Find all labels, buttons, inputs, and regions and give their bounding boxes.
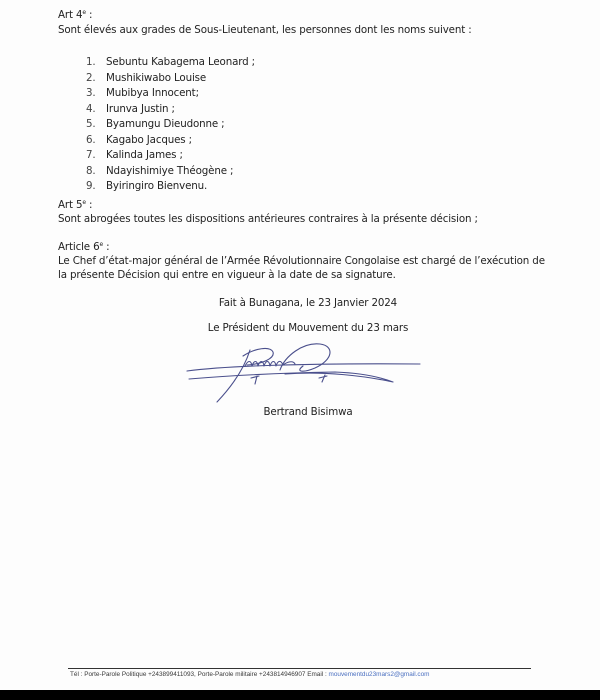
article-5-text: Sont abrogées toutes les dispositions an…: [58, 213, 478, 226]
signature-image: [185, 338, 425, 404]
document-page: Art 4e : Sont élevés aux grades de Sous-…: [0, 0, 600, 690]
list-item: 5.Byamungu Dieudonne ;: [86, 117, 255, 133]
list-item-number: 2.: [86, 71, 106, 87]
article-5-heading: Art 5e :: [58, 199, 92, 212]
list-item-number: 9.: [86, 179, 106, 195]
bottom-black-bar: [0, 690, 600, 700]
footer-email-link[interactable]: mouvementdu23mars2@gmail.com: [329, 671, 430, 678]
promoted-names-list: 1.Sebuntu Kabagema Leonard ;2.Mushikiwab…: [86, 55, 255, 195]
list-item-number: 7.: [86, 148, 106, 164]
list-item-name: Mushikiwabo Louise: [106, 72, 206, 84]
list-item: 2.Mushikiwabo Louise: [86, 71, 255, 87]
article-6-heading: Article 6e :: [58, 241, 110, 254]
list-item: 6.Kagabo Jacques ;: [86, 133, 255, 149]
list-item: 1.Sebuntu Kabagema Leonard ;: [86, 55, 255, 71]
signatory-name: Bertrand Bisimwa: [0, 406, 600, 419]
place-and-date: Fait à Bunagana, le 23 Janvier 2024: [0, 297, 600, 310]
list-item-number: 4.: [86, 102, 106, 118]
list-item-number: 1.: [86, 55, 106, 71]
footer-contact: Tél : Porte-Parole Politique +2438994110…: [70, 670, 429, 679]
list-item: 4.Irunva Justin ;: [86, 102, 255, 118]
list-item: 9.Byiringiro Bienvenu.: [86, 179, 255, 195]
list-item-name: Sebuntu Kabagema Leonard ;: [106, 56, 255, 68]
list-item-number: 5.: [86, 117, 106, 133]
signatory-title: Le Président du Mouvement du 23 mars: [0, 322, 600, 335]
list-item-name: Kalinda James ;: [106, 149, 183, 161]
article-6-line-1: Le Chef d’état-major général de l’Armée …: [58, 255, 545, 268]
footer-phone-numbers: Tél : Porte-Parole Politique +2438994110…: [70, 671, 329, 678]
list-item-number: 6.: [86, 133, 106, 149]
list-item-name: Irunva Justin ;: [106, 103, 175, 115]
list-item: 7.Kalinda James ;: [86, 148, 255, 164]
list-item-number: 3.: [86, 86, 106, 102]
article-6-line-2: la présente Décision qui entre en vigueu…: [58, 269, 396, 282]
footer-divider: [68, 668, 531, 669]
article-4-heading: Art 4e :: [58, 9, 92, 22]
list-item: 3.Mubibya Innocent;: [86, 86, 255, 102]
list-item-name: Byamungu Dieudonne ;: [106, 118, 225, 130]
article-4-intro: Sont élevés aux grades de Sous-Lieutenan…: [58, 24, 472, 37]
list-item-name: Kagabo Jacques ;: [106, 134, 192, 146]
list-item-name: Byiringiro Bienvenu.: [106, 180, 207, 192]
list-item: 8.Ndayishimiye Théogène ;: [86, 164, 255, 180]
list-item-name: Mubibya Innocent;: [106, 87, 199, 99]
list-item-number: 8.: [86, 164, 106, 180]
list-item-name: Ndayishimiye Théogène ;: [106, 165, 233, 177]
